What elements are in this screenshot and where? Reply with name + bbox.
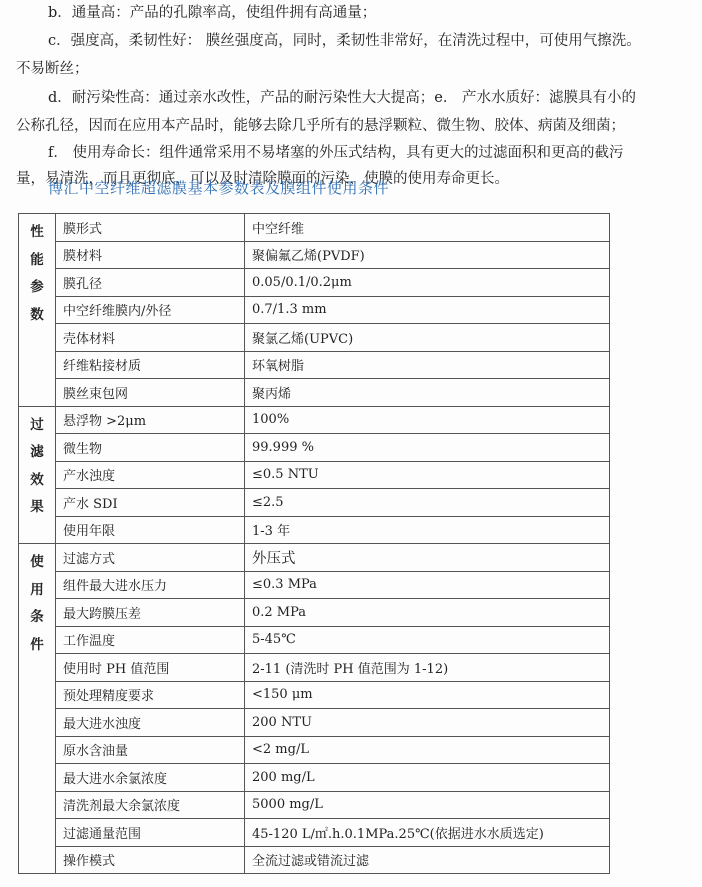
param-name-cell: 最大进水余氯浓度 bbox=[56, 764, 245, 792]
paragraph-de-line1: d．耐污染性高：通过亲水改性，产品的耐污染性大大提高；e． 产水水质好：滤膜具有… bbox=[0, 84, 702, 112]
group-label-cell: 过滤效果 bbox=[19, 406, 56, 544]
table-row: 清洗剂最大余氯浓度5000 mg/L bbox=[19, 791, 610, 819]
param-name-cell: 产水 SDI bbox=[56, 489, 245, 517]
param-value-cell: 200 NTU bbox=[245, 709, 610, 737]
param-value-cell: 5000 mg/L bbox=[245, 791, 610, 819]
table-caption: 博汇中空纤维超滤膜基本参数表及膜组件使用条件 bbox=[48, 177, 389, 198]
param-name-cell: 使用年限 bbox=[56, 516, 245, 544]
param-name-cell: 原水含油量 bbox=[56, 736, 245, 764]
param-name-cell: 工作温度 bbox=[56, 626, 245, 654]
param-name-cell: 过滤通量范围 bbox=[56, 819, 245, 847]
table-row: 最大进水余氯浓度200 mg/L bbox=[19, 764, 610, 792]
param-value-cell: 外压式 bbox=[245, 544, 610, 572]
paragraph-de-line2: 公称孔径，因而在应用本产品时，能够去除几乎所有的悬浮颗粒、微生物、胶体、病菌及细… bbox=[0, 112, 702, 140]
param-name-cell: 产水浊度 bbox=[56, 461, 245, 489]
group-label-cell: 性能参数 bbox=[19, 214, 56, 407]
param-value-cell: ≤2.5 bbox=[245, 489, 610, 517]
param-value-cell: <2 mg/L bbox=[245, 736, 610, 764]
group-label-char: 果 bbox=[19, 494, 55, 522]
param-value-cell: 5-45℃ bbox=[245, 626, 610, 654]
param-value-cell: 全流过滤或错流过滤 bbox=[245, 846, 610, 874]
group-label: 使用条件 bbox=[19, 544, 55, 659]
table-row: 中空纤维膜内/外径0.7/1.3 mm bbox=[19, 296, 610, 324]
param-name-cell: 中空纤维膜内/外径 bbox=[56, 296, 245, 324]
table-row: 工作温度5-45℃ bbox=[19, 626, 610, 654]
paragraph-line: 公称孔径，因而在应用本产品时，能够去除几乎所有的悬浮颗粒、微生物、胶体、病菌及细… bbox=[16, 118, 625, 134]
param-value-cell: 1-3 年 bbox=[245, 516, 610, 544]
paragraph-line: b．通量高：产品的孔隙率高，使组件拥有高通量； bbox=[48, 5, 376, 21]
table-row: 产水浊度≤0.5 NTU bbox=[19, 461, 610, 489]
group-label-cell: 使用条件 bbox=[19, 544, 56, 874]
paragraph-line: f． 使用寿命长：组件通常采用不易堵塞的外压式结构，具有更大的过滤面积和更高的截… bbox=[48, 145, 623, 161]
param-name-cell: 清洗剂最大余氯浓度 bbox=[56, 791, 245, 819]
group-label-char: 滤 bbox=[19, 439, 55, 467]
param-value-cell: 聚偏氟乙烯(PVDF) bbox=[245, 241, 610, 269]
param-value-cell: 45-120 L/㎡.h.0.1MPa.25℃(依据进水水质选定) bbox=[245, 819, 610, 847]
param-value-cell: 聚氯乙烯(UPVC) bbox=[245, 324, 610, 352]
spec-table: 性能参数膜形式中空纤维膜材料聚偏氟乙烯(PVDF)膜孔径0.05/0.1/0.2… bbox=[18, 213, 610, 874]
param-name-cell: 最大进水浊度 bbox=[56, 709, 245, 737]
param-name-cell: 预处理精度要求 bbox=[56, 681, 245, 709]
table-row: 纤维粘接材质环氧树脂 bbox=[19, 351, 610, 379]
table-row: 产水 SDI≤2.5 bbox=[19, 489, 610, 517]
group-label-char: 过 bbox=[19, 412, 55, 440]
table-row: 最大跨膜压差0.2 MPa bbox=[19, 599, 610, 627]
param-name-cell: 悬浮物 >2μm bbox=[56, 406, 245, 434]
param-name-cell: 组件最大进水压力 bbox=[56, 571, 245, 599]
table-row: 膜孔径0.05/0.1/0.2μm bbox=[19, 269, 610, 297]
table-row: 壳体材料聚氯乙烯(UPVC) bbox=[19, 324, 610, 352]
table-row: 预处理精度要求<150 μm bbox=[19, 681, 610, 709]
param-value-cell: ≤0.3 MPa bbox=[245, 571, 610, 599]
table-row: 使用时 PH 值范围2-11 (清洗时 PH 值范围为 1-12) bbox=[19, 654, 610, 682]
table-row: 最大进水浊度200 NTU bbox=[19, 709, 610, 737]
paragraph-c-line2: 不易断丝； bbox=[0, 55, 702, 83]
param-name-cell: 操作模式 bbox=[56, 846, 245, 874]
table-row: 组件最大进水压力≤0.3 MPa bbox=[19, 571, 610, 599]
param-name-cell: 膜丝束包网 bbox=[56, 379, 245, 407]
group-label-char: 使 bbox=[19, 549, 55, 577]
paragraph-line: 不易断丝； bbox=[16, 61, 89, 77]
param-value-cell: 聚丙烯 bbox=[245, 379, 610, 407]
group-label: 过滤效果 bbox=[19, 407, 55, 522]
param-value-cell: ≤0.5 NTU bbox=[245, 461, 610, 489]
param-name-cell: 纤维粘接材质 bbox=[56, 351, 245, 379]
group-label-char: 数 bbox=[19, 302, 55, 330]
group-label-char: 效 bbox=[19, 467, 55, 495]
param-value-cell: 200 mg/L bbox=[245, 764, 610, 792]
group-label-char: 能 bbox=[19, 247, 55, 275]
group-label: 性能参数 bbox=[19, 214, 55, 329]
table-row: 使用条件过滤方式外压式 bbox=[19, 544, 610, 572]
table-row: 性能参数膜形式中空纤维 bbox=[19, 214, 610, 242]
paragraph-b: b．通量高：产品的孔隙率高，使组件拥有高通量； bbox=[0, 0, 702, 27]
group-label-char: 性 bbox=[19, 219, 55, 247]
spec-table-body: 性能参数膜形式中空纤维膜材料聚偏氟乙烯(PVDF)膜孔径0.05/0.1/0.2… bbox=[19, 214, 610, 874]
table-row: 膜丝束包网聚丙烯 bbox=[19, 379, 610, 407]
param-name-cell: 使用时 PH 值范围 bbox=[56, 654, 245, 682]
table-row: 使用年限1-3 年 bbox=[19, 516, 610, 544]
param-value-cell: 中空纤维 bbox=[245, 214, 610, 242]
group-label-char: 用 bbox=[19, 577, 55, 605]
param-name-cell: 壳体材料 bbox=[56, 324, 245, 352]
param-name-cell: 膜孔径 bbox=[56, 269, 245, 297]
param-name-cell: 膜形式 bbox=[56, 214, 245, 242]
paragraph-line: d．耐污染性高：通过亲水改性，产品的耐污染性大大提高；e． 产水水质好：滤膜具有… bbox=[48, 90, 636, 106]
table-row: 原水含油量<2 mg/L bbox=[19, 736, 610, 764]
paragraph-c-line1: c．强度高，柔韧性好： 膜丝强度高，同时，柔韧性非常好，在清洗过程中，可使用气擦… bbox=[0, 27, 702, 55]
table-row: 过滤通量范围45-120 L/㎡.h.0.1MPa.25℃(依据进水水质选定) bbox=[19, 819, 610, 847]
table-row: 微生物99.999 % bbox=[19, 434, 610, 462]
param-value-cell: 环氧树脂 bbox=[245, 351, 610, 379]
param-value-cell: 100% bbox=[245, 406, 610, 434]
param-name-cell: 膜材料 bbox=[56, 241, 245, 269]
param-name-cell: 最大跨膜压差 bbox=[56, 599, 245, 627]
group-label-char: 条 bbox=[19, 604, 55, 632]
param-name-cell: 微生物 bbox=[56, 434, 245, 462]
param-value-cell: 0.2 MPa bbox=[245, 599, 610, 627]
group-label-char: 参 bbox=[19, 274, 55, 302]
table-row: 操作模式全流过滤或错流过滤 bbox=[19, 846, 610, 874]
paragraph-line: c．强度高，柔韧性好： 膜丝强度高，同时，柔韧性非常好，在清洗过程中，可使用气擦… bbox=[48, 33, 641, 49]
group-label-char: 件 bbox=[19, 632, 55, 660]
param-value-cell: <150 μm bbox=[245, 681, 610, 709]
param-value-cell: 0.05/0.1/0.2μm bbox=[245, 269, 610, 297]
param-value-cell: 99.999 % bbox=[245, 434, 610, 462]
paragraph-f-line1: f． 使用寿命长：组件通常采用不易堵塞的外压式结构，具有更大的过滤面积和更高的截… bbox=[0, 139, 702, 167]
param-value-cell: 2-11 (清洗时 PH 值范围为 1-12) bbox=[245, 654, 610, 682]
param-value-cell: 0.7/1.3 mm bbox=[245, 296, 610, 324]
table-row: 过滤效果悬浮物 >2μm100% bbox=[19, 406, 610, 434]
param-name-cell: 过滤方式 bbox=[56, 544, 245, 572]
table-row: 膜材料聚偏氟乙烯(PVDF) bbox=[19, 241, 610, 269]
